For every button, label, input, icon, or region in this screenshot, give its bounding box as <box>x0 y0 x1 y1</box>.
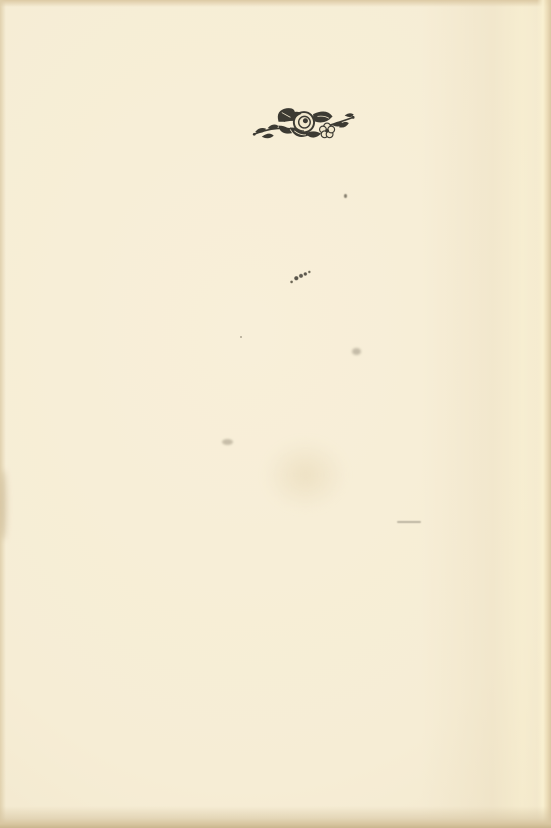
page-edge-right <box>537 0 551 828</box>
page-edge-bottom <box>0 806 551 828</box>
tiny-paper-speck <box>240 336 242 338</box>
show-through-stain <box>248 425 363 525</box>
soft-gray-smudge-right <box>352 348 361 355</box>
page-edge-left-smudge <box>0 470 7 540</box>
faint-pencil-dash <box>397 521 421 523</box>
scan-right-light-band <box>421 0 551 828</box>
dark-paper-speck <box>344 194 347 198</box>
floral-rose-ornament-icon <box>250 104 356 150</box>
page-edge-left <box>0 0 6 828</box>
tiny-ink-scribble-smudge <box>287 269 313 285</box>
page-edge-top <box>0 0 551 7</box>
soft-gray-smudge-left <box>222 439 233 445</box>
scanned-book-page <box>0 0 551 828</box>
